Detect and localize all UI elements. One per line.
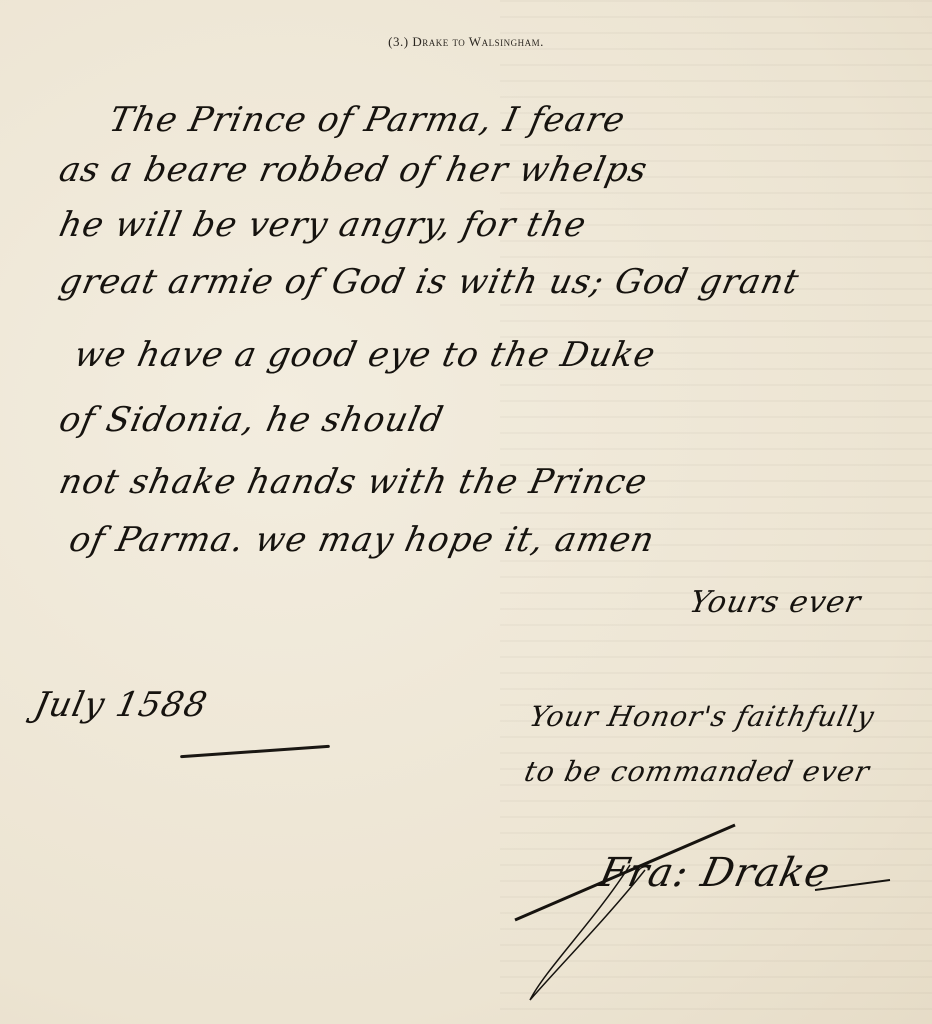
letter-line-3: he will be very angry, for the bbox=[56, 205, 590, 245]
closing-line-1: Your Honor's faithfully bbox=[526, 700, 877, 733]
letter-line-2: as a beare robbed of her whelps bbox=[56, 150, 652, 190]
signature-flourish bbox=[505, 810, 925, 1010]
page-heading: (3.) Drake to Walsingham. bbox=[0, 34, 932, 50]
letter-line-5: we have a good eye to the Duke bbox=[71, 335, 660, 375]
letter-line-6: of Sidonia, he should bbox=[56, 400, 448, 440]
letter-line-4: great armie of God is with us; God grant bbox=[56, 262, 803, 302]
letter-line-7: not shake hands with the Prince bbox=[56, 462, 651, 502]
letter-date: July 1588 bbox=[31, 685, 211, 725]
date-underline bbox=[180, 745, 330, 758]
closing-line-2: to be commanded ever bbox=[521, 755, 872, 788]
letter-line-8: of Parma. we may hope it, amen bbox=[66, 520, 659, 560]
subscription: Yours ever bbox=[686, 585, 864, 620]
letter-line-1: The Prince of Parma, I feare bbox=[106, 100, 629, 140]
